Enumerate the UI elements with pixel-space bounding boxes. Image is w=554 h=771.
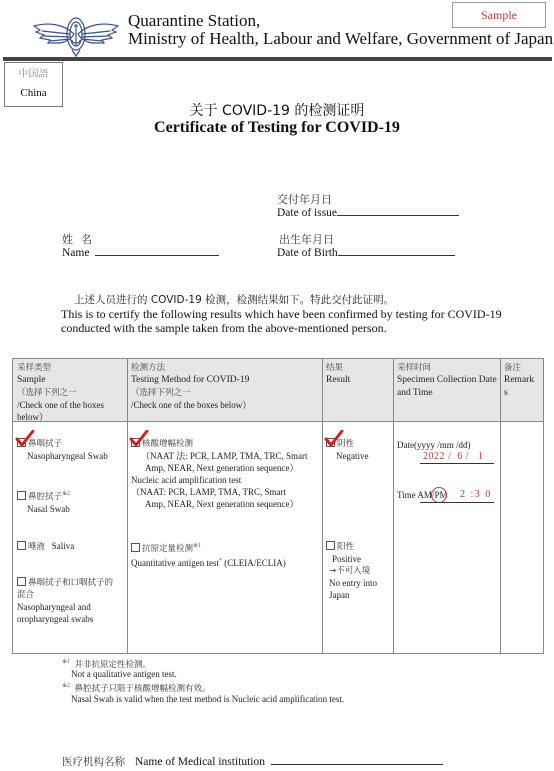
org-name-line1: Quarantine Station, bbox=[128, 12, 260, 30]
statement-zh: 上述人员进行的 COVID-19 检测，检测结果如下。特此交付此证明。 bbox=[74, 293, 394, 307]
date-of-issue-blank[interactable] bbox=[337, 206, 459, 216]
sample-option-label-zh: 鼻咽拭子和口咽拭子的 bbox=[28, 578, 113, 588]
result-option-label-zh: 阳性 bbox=[337, 542, 354, 552]
footnote-mark: ※2 bbox=[62, 491, 70, 497]
result-option-label-en: Positive bbox=[326, 553, 392, 565]
time-label-am: Time AM/ bbox=[397, 490, 434, 500]
statement-en-line1: This is to certify the following results… bbox=[61, 307, 493, 321]
header-sample-zh: 采样类型 bbox=[17, 362, 125, 374]
date-of-issue-label-zh: 交付年月日 bbox=[277, 193, 332, 206]
result-option-note-en: No entry into bbox=[326, 577, 392, 589]
quarantine-emblem-icon bbox=[30, 10, 122, 58]
method-option-label-en: Nucleic acid amplification test bbox=[131, 474, 321, 486]
sample-option-label-en: Saliva bbox=[52, 541, 75, 551]
header-remarks-en-2: s bbox=[504, 387, 544, 400]
language-box: 中国語 China bbox=[4, 62, 63, 107]
header-method-sub-zh: （选择下列之一 bbox=[131, 387, 321, 399]
header-remarks-en: Remark bbox=[504, 374, 544, 387]
date-of-issue-label: Date of issue bbox=[277, 207, 337, 219]
collection-time-value[interactable]: 2 :3 0 bbox=[460, 489, 492, 501]
medical-institution-blank[interactable] bbox=[271, 755, 443, 765]
certificate-table: 采样类型 Sample （选择下列之一 /Check one of the bo… bbox=[12, 358, 544, 654]
header-method: 检测方法 Testing Method for COVID-19 （选择下列之一… bbox=[131, 362, 321, 411]
header-divider bbox=[3, 57, 552, 61]
header-result-zh: 结果 bbox=[326, 362, 392, 374]
time-label-pm: PM bbox=[434, 490, 447, 500]
sample-option-label-zh-2: 混合 bbox=[17, 589, 125, 601]
header-result: 结果 Result bbox=[326, 362, 392, 387]
red-check-icon bbox=[129, 430, 149, 448]
language-label-en: China bbox=[5, 87, 62, 100]
footnote-2-en: Nasal Swab is valid when the test method… bbox=[71, 693, 344, 705]
column-divider bbox=[127, 359, 128, 653]
sample-option-label-zh: 唾液 bbox=[28, 542, 45, 552]
method-option-label-zh: 核酸增幅检测 bbox=[142, 439, 193, 449]
result-option-label-en: Negative bbox=[326, 450, 368, 462]
date-of-birth-label: Date of Birth bbox=[277, 247, 338, 259]
sample-option-label-en-2: oropharyngeal swabs bbox=[17, 613, 125, 625]
date-of-birth-label-zh: 出生年月日 bbox=[279, 233, 334, 246]
method-option-detail: Amp, NEAR, Next generation sequence） bbox=[131, 462, 321, 474]
header-collection: 采样时间 Specimen Collection Date and Time bbox=[397, 362, 501, 400]
checkbox-mixed-swab[interactable] bbox=[17, 577, 26, 586]
header-method-sub-en: /Check one of the boxes below） bbox=[131, 399, 321, 411]
remarks-cell[interactable] bbox=[504, 437, 544, 637]
method-option-detail: Amp, NEAR, Next generation sequence） bbox=[131, 498, 321, 510]
collection-time-label: Time AM/PM bbox=[397, 489, 447, 501]
header-sample-sub-en: /Check one of the boxes bbox=[17, 399, 125, 411]
collection-date-underline bbox=[420, 463, 494, 464]
header-sample-sub-zh: （选择下列之一 bbox=[17, 387, 125, 399]
sample-stamp: Sample bbox=[452, 2, 546, 28]
checkbox-nasopharyngeal[interactable] bbox=[17, 438, 26, 447]
result-option-positive[interactable]: 阳性 Positive →不可入境 No entry into Japan bbox=[326, 540, 392, 601]
red-check-icon bbox=[15, 430, 35, 448]
result-option-negative[interactable]: 阴性 Negative bbox=[326, 437, 368, 462]
checkbox-saliva[interactable] bbox=[17, 541, 26, 550]
pm-selected-circle-icon bbox=[431, 487, 447, 503]
sample-option-nasopharyngeal[interactable]: 鼻咽拭子 Nasopharyngeal Swab bbox=[17, 437, 108, 462]
sample-option-label-en: Nasopharyngeal Swab bbox=[17, 450, 108, 462]
header-remarks-zh: 备注 bbox=[504, 362, 544, 374]
method-option-suffix: (CLEIA/ECLIA) bbox=[224, 558, 285, 568]
name-field: Name bbox=[62, 246, 219, 260]
date-of-birth-field: Date of Birth bbox=[277, 246, 455, 260]
name-label: Name bbox=[62, 247, 89, 259]
header-collection-en-2: and Time bbox=[397, 387, 501, 400]
method-option-label-en: Quantitative antigen test bbox=[131, 558, 219, 568]
result-option-note-zh: →不可入境 bbox=[326, 565, 392, 577]
medical-institution-field: 医疗机构名称Name of Medical institution bbox=[62, 755, 443, 769]
column-divider bbox=[322, 359, 323, 653]
sample-option-label-zh: 鼻腔拭子 bbox=[28, 492, 62, 502]
header-collection-en: Specimen Collection Date bbox=[397, 374, 501, 387]
footnote-mark: ※1 bbox=[193, 543, 201, 549]
header-method-en: Testing Method for COVID-19 bbox=[131, 374, 321, 387]
header-collection-zh: 采样时间 bbox=[397, 362, 501, 374]
date-of-birth-blank[interactable] bbox=[338, 246, 455, 256]
header-remarks: 备注 Remark s bbox=[504, 362, 544, 400]
name-label-zh: 姓名 bbox=[62, 233, 100, 246]
language-label-zh: 中国語 bbox=[5, 69, 62, 81]
header-sample-sub-en-2: below） bbox=[17, 411, 125, 423]
method-option-detail: （NAAT: PCR, LAMP, TMA, TRC, Smart bbox=[131, 486, 321, 498]
sample-option-nasal[interactable]: 鼻腔拭子※2 Nasal Swab bbox=[17, 488, 70, 515]
title-zh: 关于 COVID-19 的检测证明 bbox=[0, 103, 554, 119]
checkbox-positive[interactable] bbox=[326, 541, 335, 550]
column-divider bbox=[393, 359, 394, 653]
footnote-1-en: Not a qualitative antigen test. bbox=[71, 668, 177, 680]
header-sample: 采样类型 Sample （选择下列之一 /Check one of the bo… bbox=[17, 362, 125, 423]
name-blank[interactable] bbox=[95, 246, 219, 256]
checkbox-negative[interactable] bbox=[326, 438, 335, 447]
header-method-zh: 检测方法 bbox=[131, 362, 321, 374]
method-option-naat[interactable]: 核酸增幅检测 （NAAT 法: PCR, LAMP, TMA, TRC, Sma… bbox=[131, 437, 321, 510]
sample-option-label-en: Nasal Swab bbox=[17, 503, 70, 515]
medical-institution-label-zh: 医疗机构名称 bbox=[62, 756, 125, 768]
collection-time-underline bbox=[420, 502, 494, 503]
footnote-1-mark: ※1 bbox=[62, 659, 70, 665]
sample-option-mixed[interactable]: 鼻咽拭子和口咽拭子的 混合 Nasopharyngeal and orophar… bbox=[17, 576, 125, 625]
method-option-antigen[interactable]: 抗原定量检测※1 Quantitative antigen test* (CLE… bbox=[131, 540, 321, 569]
date-of-issue-field: Date of issue bbox=[277, 206, 459, 220]
column-divider bbox=[500, 359, 501, 653]
medical-institution-label: Name of Medical institution bbox=[135, 756, 265, 768]
checkbox-nasal[interactable] bbox=[17, 491, 26, 500]
collection-date-value[interactable]: 2022 / 6 / 1 bbox=[423, 451, 484, 463]
header-sample-en: Sample bbox=[17, 374, 125, 387]
sample-option-label-en: Nasopharyngeal and bbox=[17, 601, 125, 613]
sample-option-saliva[interactable]: 唾液 Saliva bbox=[17, 540, 74, 553]
statement-en-line2: conducted with the sample taken from the… bbox=[61, 321, 387, 335]
page-title: Certificate of Testing for COVID-19 bbox=[0, 119, 554, 137]
method-option-label-zh: 抗原定量检测 bbox=[142, 544, 193, 554]
header-result-en: Result bbox=[326, 374, 392, 387]
footnote-2-mark: ※2 bbox=[62, 683, 70, 689]
result-option-note-en-2: Japan bbox=[326, 589, 392, 601]
checkbox-naat[interactable] bbox=[131, 438, 140, 447]
checkbox-antigen[interactable] bbox=[131, 543, 140, 552]
collection-date-label: Date(yyyy /mm /dd) bbox=[397, 439, 471, 451]
org-name-line2: Ministry of Health, Labour and Welfare, … bbox=[128, 30, 553, 48]
red-check-icon bbox=[324, 430, 344, 448]
method-option-detail: （NAAT 法: PCR, LAMP, TMA, TRC, Smart bbox=[131, 450, 321, 462]
